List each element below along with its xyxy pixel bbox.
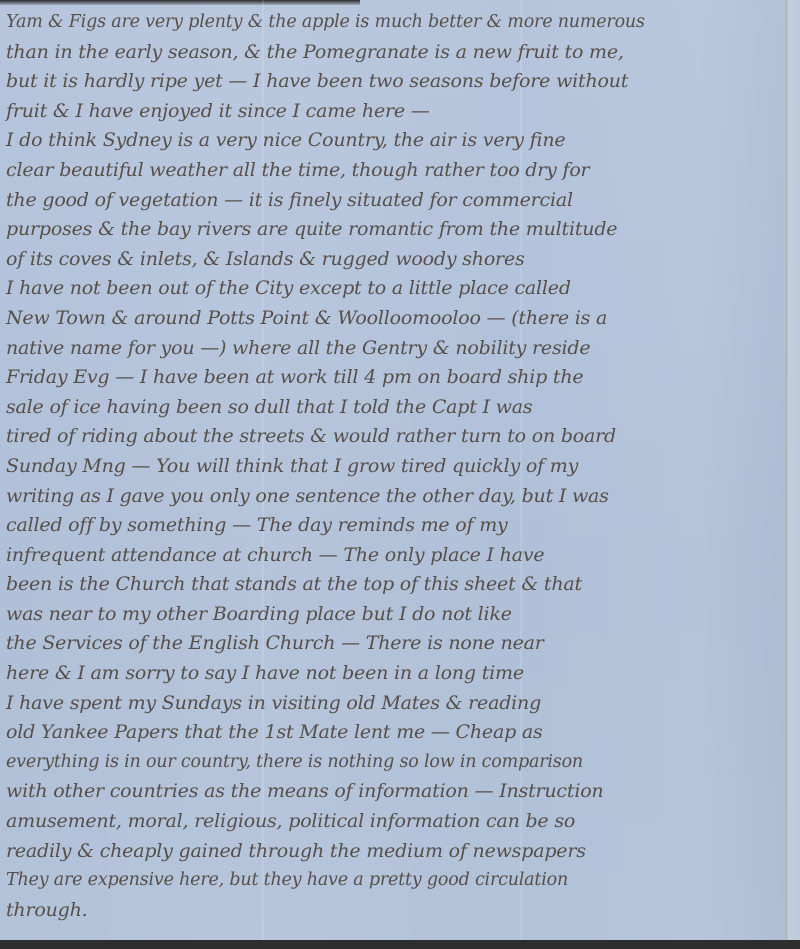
scan-bottom-shadow <box>0 940 800 949</box>
text-line: with other countries as the means of inf… <box>6 777 786 807</box>
text-line: the Services of the English Church — The… <box>6 629 786 659</box>
text-line: fruit & I have enjoyed it since I came h… <box>6 97 786 127</box>
text-line: but it is hardly ripe yet — I have been … <box>6 67 786 97</box>
text-line: writing as I gave you only one sentence … <box>6 482 786 512</box>
text-line: I have spent my Sundays in visiting old … <box>6 689 786 719</box>
scan-top-shadow <box>0 0 360 5</box>
paper-right-edge <box>786 0 800 940</box>
text-line: everything is in our country, there is n… <box>6 748 786 778</box>
text-line: Sunday Mng — You will think that I grow … <box>6 452 786 482</box>
text-line: through. <box>6 896 786 926</box>
text-line: I do think Sydney is a very nice Country… <box>6 126 786 156</box>
text-line: of its coves & inlets, & Islands & rugge… <box>6 245 786 275</box>
text-line: the good of vegetation — it is finely si… <box>6 186 786 216</box>
text-line: I have not been out of the City except t… <box>6 274 786 304</box>
text-line: readily & cheaply gained through the med… <box>6 837 786 867</box>
text-line: clear beautiful weather all the time, th… <box>6 156 786 186</box>
text-line: New Town & around Potts Point & Woolloom… <box>6 304 786 334</box>
text-line: old Yankee Papers that the 1st Mate lent… <box>6 718 786 748</box>
letter-page: Yam & Figs are very plenty & the apple i… <box>0 0 800 949</box>
text-line: Friday Evg — I have been at work till 4 … <box>6 363 786 393</box>
text-line: They are expensive here, but they have a… <box>6 866 786 896</box>
text-line: than in the early season, & the Pomegran… <box>6 38 786 68</box>
text-line: called off by something — The day remind… <box>6 511 786 541</box>
text-line: amusement, moral, religious, political i… <box>6 807 786 837</box>
handwritten-text-body: Yam & Figs are very plenty & the apple i… <box>6 8 786 925</box>
text-line: infrequent attendance at church — The on… <box>6 541 786 571</box>
text-line: was near to my other Boarding place but … <box>6 600 786 630</box>
text-line: Yam & Figs are very plenty & the apple i… <box>6 8 786 38</box>
text-line: sale of ice having been so dull that I t… <box>6 393 786 423</box>
text-line: purposes & the bay rivers are quite roma… <box>6 215 786 245</box>
text-line: been is the Church that stands at the to… <box>6 570 786 600</box>
text-line: native name for you —) where all the Gen… <box>6 334 786 364</box>
text-line: here & I am sorry to say I have not been… <box>6 659 786 689</box>
text-line: tired of riding about the streets & woul… <box>6 422 786 452</box>
